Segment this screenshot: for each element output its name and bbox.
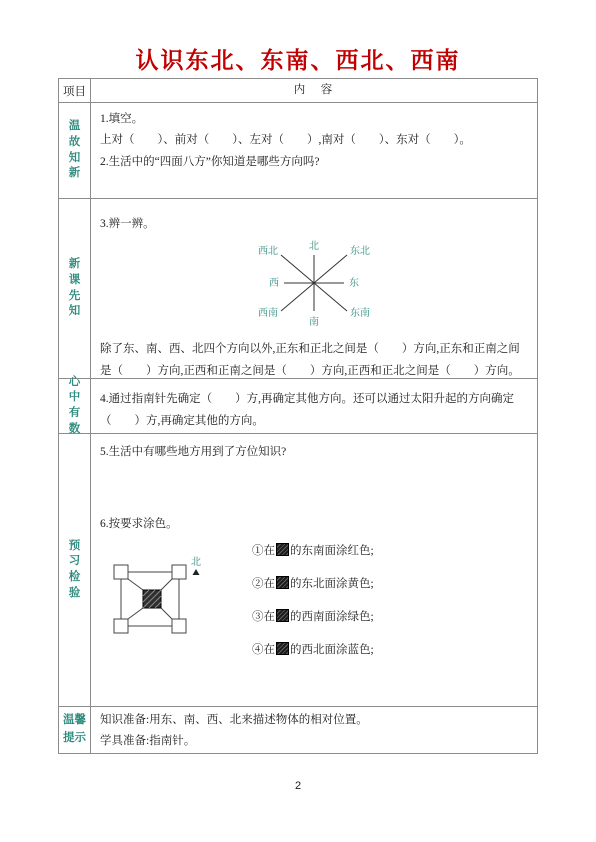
compass-rose-icon: 北 南 西 东 西北 东北 西南 东南 — [239, 237, 389, 329]
compass-north-label: 北 — [309, 240, 319, 252]
question-6: 6.按要求涂色。 — [100, 514, 528, 535]
section-previewtest-content: 5.生活中有哪些地方用到了方位知识? 6.按要求涂色。 — [91, 434, 537, 706]
section-label-newlesson: 新课先知 — [59, 199, 91, 378]
diagram-north-label: 北 — [191, 556, 201, 568]
paint-item-3: ③在的西南面涂绿色; — [252, 607, 528, 627]
question-3: 3.辨一辨。 — [100, 214, 528, 235]
compass-northeast-label: 东北 — [350, 244, 370, 257]
section-tips-row: 温馨提示 知识准备:用东、南、西、北来描述物体的相对位置。 学具准备:指南针。 — [59, 706, 537, 753]
paint-item-prefix: ①在 — [252, 545, 275, 557]
compass-diagram: 北 南 西 东 西北 东北 西南 东南 — [100, 237, 528, 337]
question-6-area: 北 ①在的东南面涂红色; ②在的东北面涂黄色; ③在的西南面涂绿色; ④在的西北… — [100, 541, 528, 673]
paint-item-2: ②在的东北面涂黄色; — [252, 574, 528, 594]
section-label-text: 温故知新 — [68, 119, 80, 181]
section-newlesson-content: 3.辨一辨。 北 南 西 东 西北 东北 西南 东南 — [91, 199, 537, 378]
paint-item-1: ①在的东南面涂红色; — [252, 541, 528, 561]
section-review-row: 温故知新 1.填空。 上对（ ）、前对（ ）、左对（ ）,南对（ ）、东对（ ）… — [59, 102, 537, 198]
compass-southwest-label: 西南 — [258, 306, 278, 319]
paint-item-prefix: ④在 — [252, 644, 275, 656]
section-label-text: 心中有数 — [68, 375, 80, 437]
hatched-square-icon — [276, 576, 289, 589]
hatched-square-icon — [276, 543, 289, 556]
paint-item-prefix: ②在 — [252, 578, 275, 590]
paint-item-suffix: 的东北面涂黄色; — [290, 578, 374, 590]
square-map-diagram: 北 — [100, 541, 252, 673]
section-compassknow-content: 4.通过指南针先确定（ ）方,再确定其他方向。还可以通过太阳升起的方向确定（ ）… — [91, 379, 537, 433]
compass-east-label: 东 — [349, 276, 359, 289]
compass-northwest-label: 西北 — [258, 245, 278, 257]
section-label-text: 预习检验 — [68, 539, 80, 601]
paint-item-suffix: 的东南面涂红色; — [290, 545, 374, 557]
tools-prep-line: 学具准备:指南针。 — [100, 731, 528, 752]
header-item-col: 项目 — [59, 79, 91, 102]
knowledge-prep-line: 知识准备:用东、南、西、北来描述物体的相对位置。 — [100, 710, 528, 731]
section-label-previewtest: 预习检验 — [59, 434, 91, 706]
paint-item-prefix: ③在 — [252, 611, 275, 623]
page-number: 2 — [0, 780, 596, 792]
hatched-square-icon — [276, 642, 289, 655]
section-label-tips: 温馨提示 — [59, 707, 91, 753]
section-compassknow-row: 心中有数 4.通过指南针先确定（ ）方,再确定其他方向。还可以通过太阳升起的方向… — [59, 378, 537, 433]
question-1-blanks: 上对（ ）、前对（ ）、左对（ ）,南对（ ）、东对（ ）。 — [100, 130, 528, 151]
page-title: 认识东北、东南、西北、西南 — [0, 42, 596, 75]
compass-southeast-label: 东南 — [350, 306, 370, 319]
question-1: 1.填空。 — [100, 109, 528, 130]
section-label-text: 温馨提示 — [62, 712, 87, 748]
worksheet-table: 项目 内 容 温故知新 1.填空。 上对（ ）、前对（ ）、左对（ ）,南对（ … — [58, 78, 538, 754]
compass-west-label: 西 — [269, 277, 279, 289]
paint-item-suffix: 的西南面涂绿色; — [290, 611, 374, 623]
corner-square-bottom-left — [114, 619, 128, 633]
corner-square-top-left — [114, 565, 128, 579]
paint-item-4: ④在的西北面涂蓝色; — [252, 640, 528, 660]
paint-item-suffix: 的西北面涂蓝色; — [290, 644, 374, 656]
square-map-icon: 北 — [108, 553, 238, 641]
section-previewtest-row: 预习检验 5.生活中有哪些地方用到了方位知识? 6.按要求涂色。 — [59, 433, 537, 706]
section-label-review: 温故知新 — [59, 103, 91, 198]
table-header-row: 项目 内 容 — [59, 79, 537, 102]
question-5: 5.生活中有哪些地方用到了方位知识? — [100, 442, 528, 463]
compass-south-label: 南 — [309, 315, 319, 328]
north-arrow-icon — [193, 569, 200, 575]
hatched-square-icon — [276, 609, 289, 622]
question-3-paragraph: 除了东、南、西、北四个方向以外,正东和正北之间是（ ）方向,正东和正南之间是（ … — [100, 338, 528, 378]
corner-square-bottom-right — [172, 619, 186, 633]
question-4: 4.通过指南针先确定（ ）方,再确定其他方向。还可以通过太阳升起的方向确定（ ）… — [100, 388, 528, 433]
paint-instruction-list: ①在的东南面涂红色; ②在的东北面涂黄色; ③在的西南面涂绿色; ④在的西北面涂… — [252, 541, 528, 673]
section-review-content: 1.填空。 上对（ ）、前对（ ）、左对（ ）,南对（ ）、东对（ ）。 2.生… — [91, 103, 537, 198]
section-tips-content: 知识准备:用东、南、西、北来描述物体的相对位置。 学具准备:指南针。 — [91, 707, 537, 753]
question-2: 2.生活中的“四面八方”你知道是哪些方向吗? — [100, 152, 528, 173]
header-content-col: 内 容 — [91, 79, 537, 102]
section-newlesson-row: 新课先知 3.辨一辨。 北 南 西 东 西北 东北 — [59, 198, 537, 378]
section-label-text: 新课先知 — [68, 257, 80, 319]
section-label-compassknow: 心中有数 — [59, 379, 91, 433]
corner-square-top-right — [172, 565, 186, 579]
